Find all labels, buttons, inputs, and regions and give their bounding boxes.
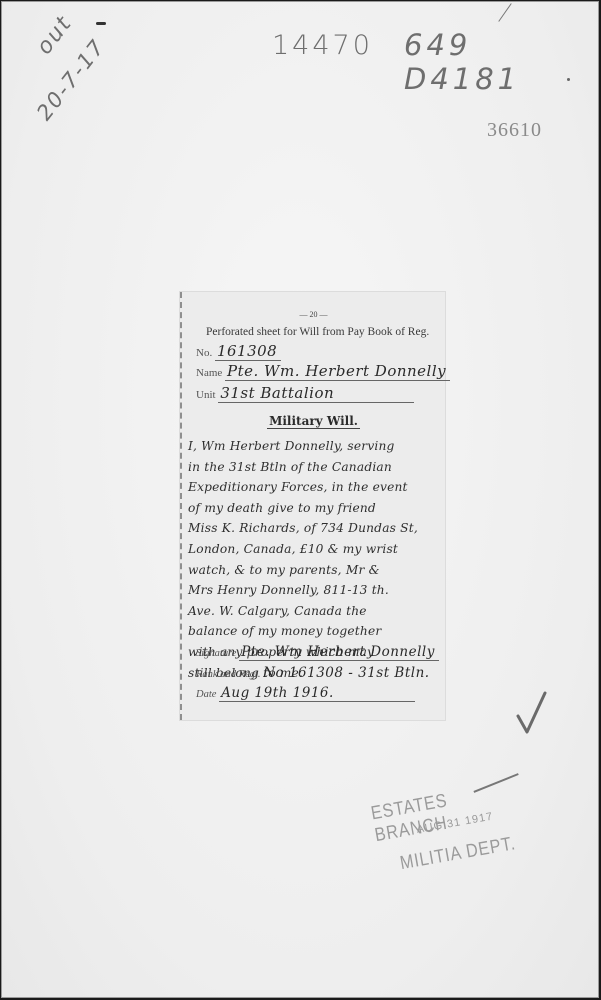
- pencil-dot: [567, 78, 570, 81]
- pencil-tick-mark: [498, 3, 511, 22]
- field-rank-regiment: Rank and Regt. No 161308 - 31st Btln.: [196, 665, 430, 681]
- military-will-card: — 20 — Perforated sheet for Will from Pa…: [180, 292, 445, 720]
- card-heading: Perforated sheet for Will from Pay Book …: [206, 326, 429, 338]
- ink-dash-mark: [96, 22, 106, 25]
- no-value: 161308: [215, 342, 281, 361]
- field-signature: Signature Pte. Wm Herbert Donnelly: [196, 644, 439, 661]
- field-unit: Unit 31st Battalion: [196, 384, 414, 403]
- will-line: watch, & to my parents, Mr &: [188, 560, 444, 581]
- date-value: Aug 19th 1916.: [219, 685, 415, 702]
- rank-value: No 161308 - 31st Btln.: [263, 665, 429, 681]
- field-regimental-number: No. 161308: [196, 342, 281, 361]
- will-line: Miss K. Richards, of 734 Dundas St,: [188, 518, 444, 539]
- unit-value: 31st Battalion: [218, 384, 414, 403]
- name-value: Pte. Wm. Herbert Donnelly: [225, 362, 450, 381]
- check-icon: [515, 690, 547, 736]
- name-label: Name: [196, 367, 222, 379]
- reference-number-1: 14470: [272, 30, 373, 61]
- signature-label: Signature: [196, 648, 236, 659]
- will-line: Expeditionary Forces, in the event: [188, 477, 444, 498]
- will-line: balance of my money together: [188, 621, 444, 642]
- no-label: No.: [196, 347, 212, 359]
- scanned-document-page: out 20-7-17 14470 649 D4181 36610 — 20 —…: [1, 1, 599, 998]
- rank-label: Rank and Regt.: [196, 669, 260, 680]
- will-line: Mrs Henry Donnelly, 811-13 th.: [188, 580, 444, 601]
- will-line: of my death give to my friend: [188, 498, 444, 519]
- card-page-number: — 20 —: [182, 310, 445, 319]
- field-date: Date Aug 19th 1916.: [196, 685, 415, 702]
- will-line: in the 31st Btln of the Canadian: [188, 457, 444, 478]
- will-title-text: Military Will.: [267, 414, 360, 429]
- will-line: I, Wm Herbert Donnelly, serving: [188, 436, 444, 457]
- field-name: Name Pte. Wm. Herbert Donnelly: [196, 362, 450, 381]
- will-title: Military Will.: [182, 414, 445, 428]
- estates-branch-stamp: ESTATES BRANCH AUG 31 1917 MILITIA DEPT.: [367, 760, 554, 898]
- will-line: Ave. W. Calgary, Canada the: [188, 601, 444, 622]
- stamped-file-number: 36610: [487, 119, 542, 142]
- date-label: Date: [196, 689, 216, 700]
- signature-value: Pte. Wm Herbert Donnelly: [239, 644, 439, 661]
- reference-number-2: 649 D4181: [404, 28, 598, 96]
- unit-label: Unit: [196, 389, 216, 401]
- margin-note-out: out: [32, 11, 78, 60]
- will-line: London, Canada, £10 & my wrist: [188, 539, 444, 560]
